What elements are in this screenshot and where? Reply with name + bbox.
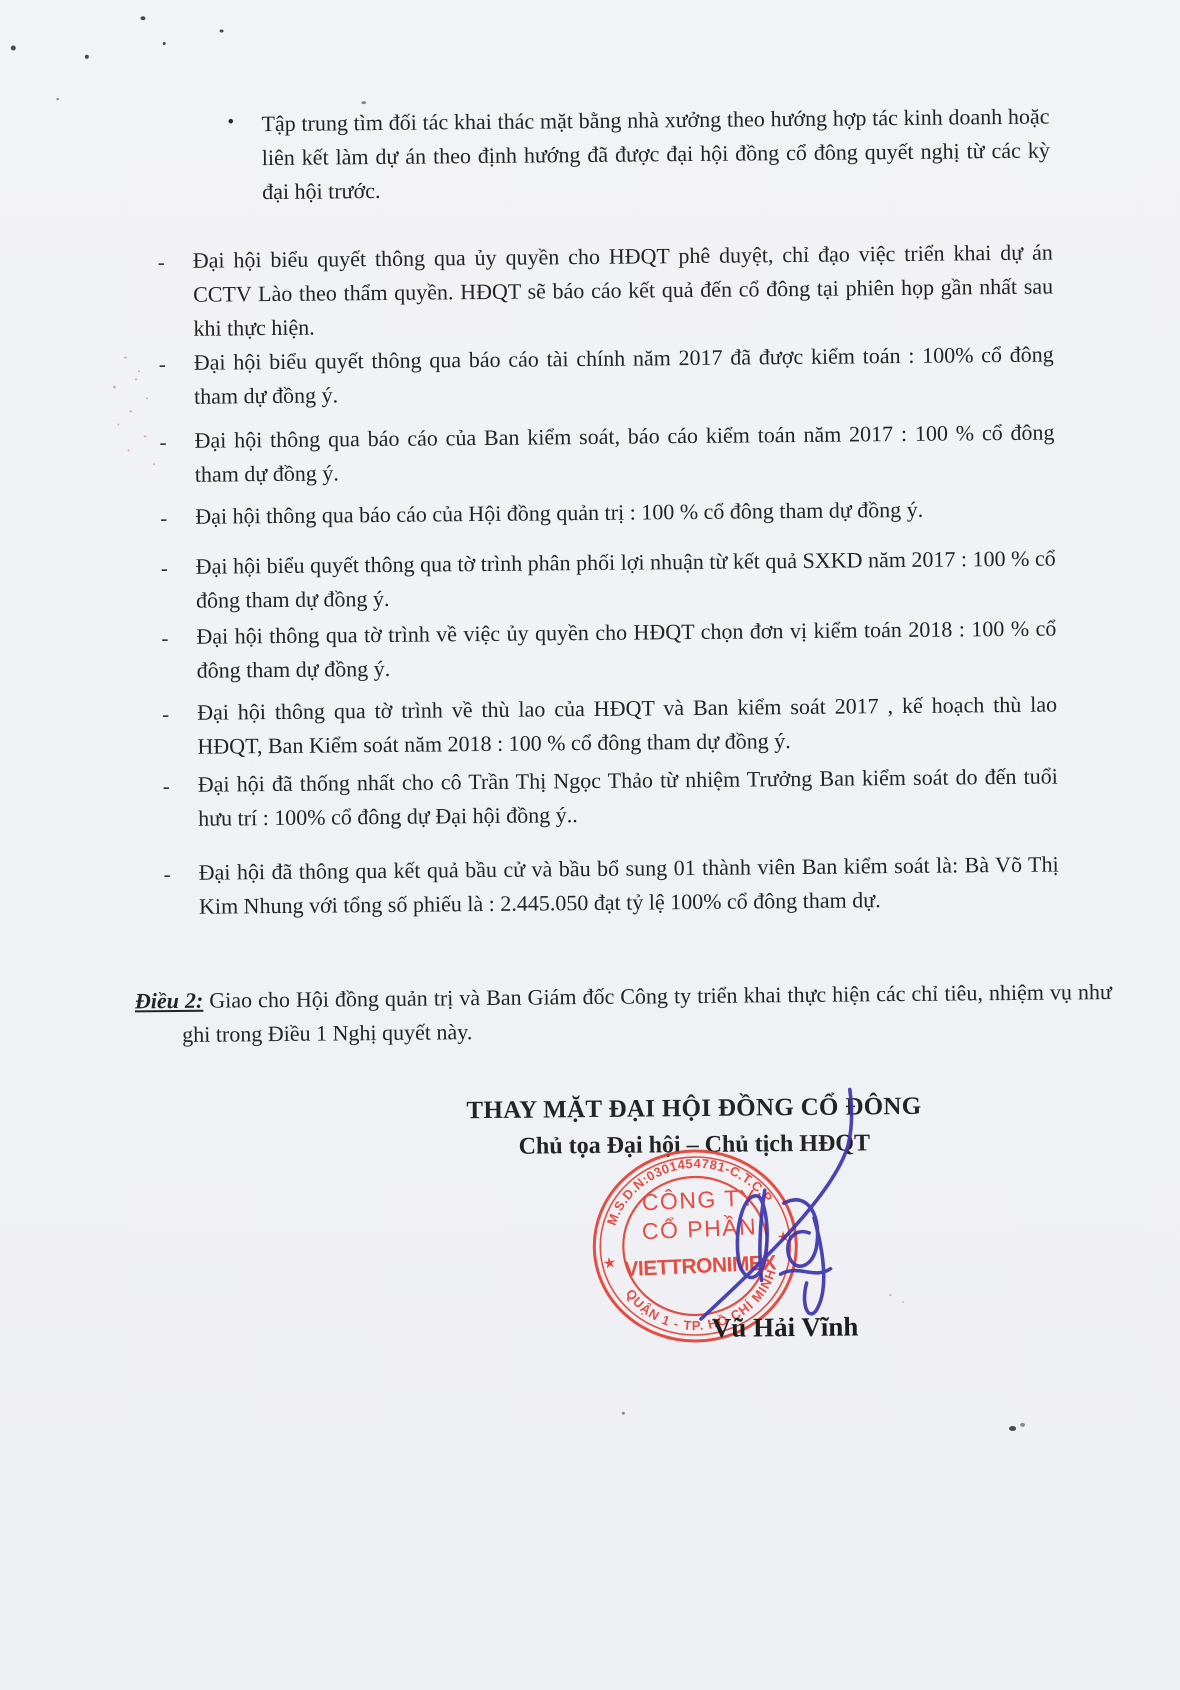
list-item: - Đại hội đã thông qua kết quả bầu cử và… — [199, 848, 1060, 924]
list-item: - Đại hội biểu quyết thông qua ủy quyền … — [193, 236, 1054, 346]
dash-marker: - — [159, 347, 166, 381]
dash-marker: - — [164, 857, 171, 891]
list-item: • Tập trung tìm đối tác khai thác mặt bằ… — [261, 100, 1050, 210]
dash-marker: - — [158, 245, 165, 279]
list-item: - Đại hội biểu quyết thông qua báo cáo t… — [194, 338, 1055, 414]
scan-speckle — [146, 397, 148, 399]
dash-marker: - — [161, 621, 168, 655]
scan-speckle — [1009, 1426, 1016, 1431]
list-item: - Đại hội đã thống nhất cho cô Trần Thị … — [198, 760, 1059, 836]
document-sheet: • Tập trung tìm đối tác khai thác mặt bằ… — [0, 0, 1180, 1690]
list-item-text: Đại hội biểu quyết thông qua ủy quyền ch… — [193, 236, 1054, 346]
scan-speckle — [11, 45, 16, 50]
scan-speckle — [129, 410, 132, 412]
list-item-text: Đại hội biểu quyết thông qua báo cáo tài… — [194, 338, 1055, 414]
scan-speckle — [163, 42, 166, 45]
list-item: - Đại hội thông qua báo cáo của Hội đồng… — [195, 492, 1055, 534]
list-item-text: Đại hội thông qua tờ trình về việc ủy qu… — [196, 612, 1057, 688]
list-item-text: Đại hội đã thống nhất cho cô Trần Thị Ng… — [198, 760, 1059, 836]
scan-speckle — [138, 370, 140, 372]
scan-speckle — [135, 378, 137, 380]
list-item-text: Đại hội thông qua tờ trình về thù lao củ… — [197, 688, 1058, 764]
scan-speckle — [143, 435, 146, 437]
list-item-text: Đại hội thông qua báo cáo của Ban kiểm s… — [194, 416, 1055, 492]
article-2-text: Giao cho Hội đồng quản trị và Ban Giám đ… — [182, 979, 1112, 1047]
scanned-page: • Tập trung tìm đối tác khai thác mặt bằ… — [0, 0, 1180, 1690]
list-item: - Đại hội thông qua báo cáo của Ban kiểm… — [194, 416, 1055, 492]
scan-speckle — [85, 55, 89, 59]
list-item-text: Đại hội biểu quyết thông qua tờ trình ph… — [196, 542, 1057, 618]
scan-speckle — [220, 29, 224, 32]
list-item: - Đại hội biểu quyết thông qua tờ trình … — [196, 542, 1057, 618]
dash-marker: - — [162, 697, 169, 731]
scan-speckle — [128, 449, 130, 451]
article-2-label: Điều 2: — [135, 988, 204, 1014]
scan-speckle — [113, 386, 116, 389]
scan-speckle — [140, 16, 145, 20]
dash-marker: - — [161, 551, 168, 585]
scan-speckle — [361, 101, 366, 104]
list-item: - Đại hội thông qua tờ trình về việc ủy … — [196, 612, 1057, 688]
dash-marker: - — [159, 425, 166, 459]
handwritten-signature — [663, 1077, 896, 1341]
list-item-text: Tập trung tìm đối tác khai thác mặt bằng… — [261, 100, 1050, 210]
scan-speckle — [117, 424, 119, 426]
scan-speckle — [902, 1301, 904, 1303]
scan-speckle — [124, 356, 127, 358]
bullet-marker: • — [227, 105, 234, 139]
dash-marker: - — [160, 501, 167, 535]
list-item-text: Đại hội đã thông qua kết quả bầu cử và b… — [199, 848, 1060, 924]
article-2-paragraph: Điều 2: Giao cho Hội đồng quản trị và Ba… — [135, 975, 1113, 1052]
list-item: - Đại hội thông qua tờ trình về thù lao … — [197, 688, 1058, 764]
signer-name: Vũ Hải Vĩnh — [660, 1311, 910, 1344]
list-item-text: Đại hội thông qua báo cáo của Hội đồng q… — [195, 492, 1055, 534]
scan-speckle — [56, 98, 59, 100]
scan-speckle — [153, 463, 155, 465]
stamp-star-left-icon: ★ — [602, 1254, 618, 1273]
scan-speckle — [622, 1412, 625, 1415]
dash-marker: - — [163, 769, 170, 803]
scan-speckle — [1020, 1423, 1025, 1427]
